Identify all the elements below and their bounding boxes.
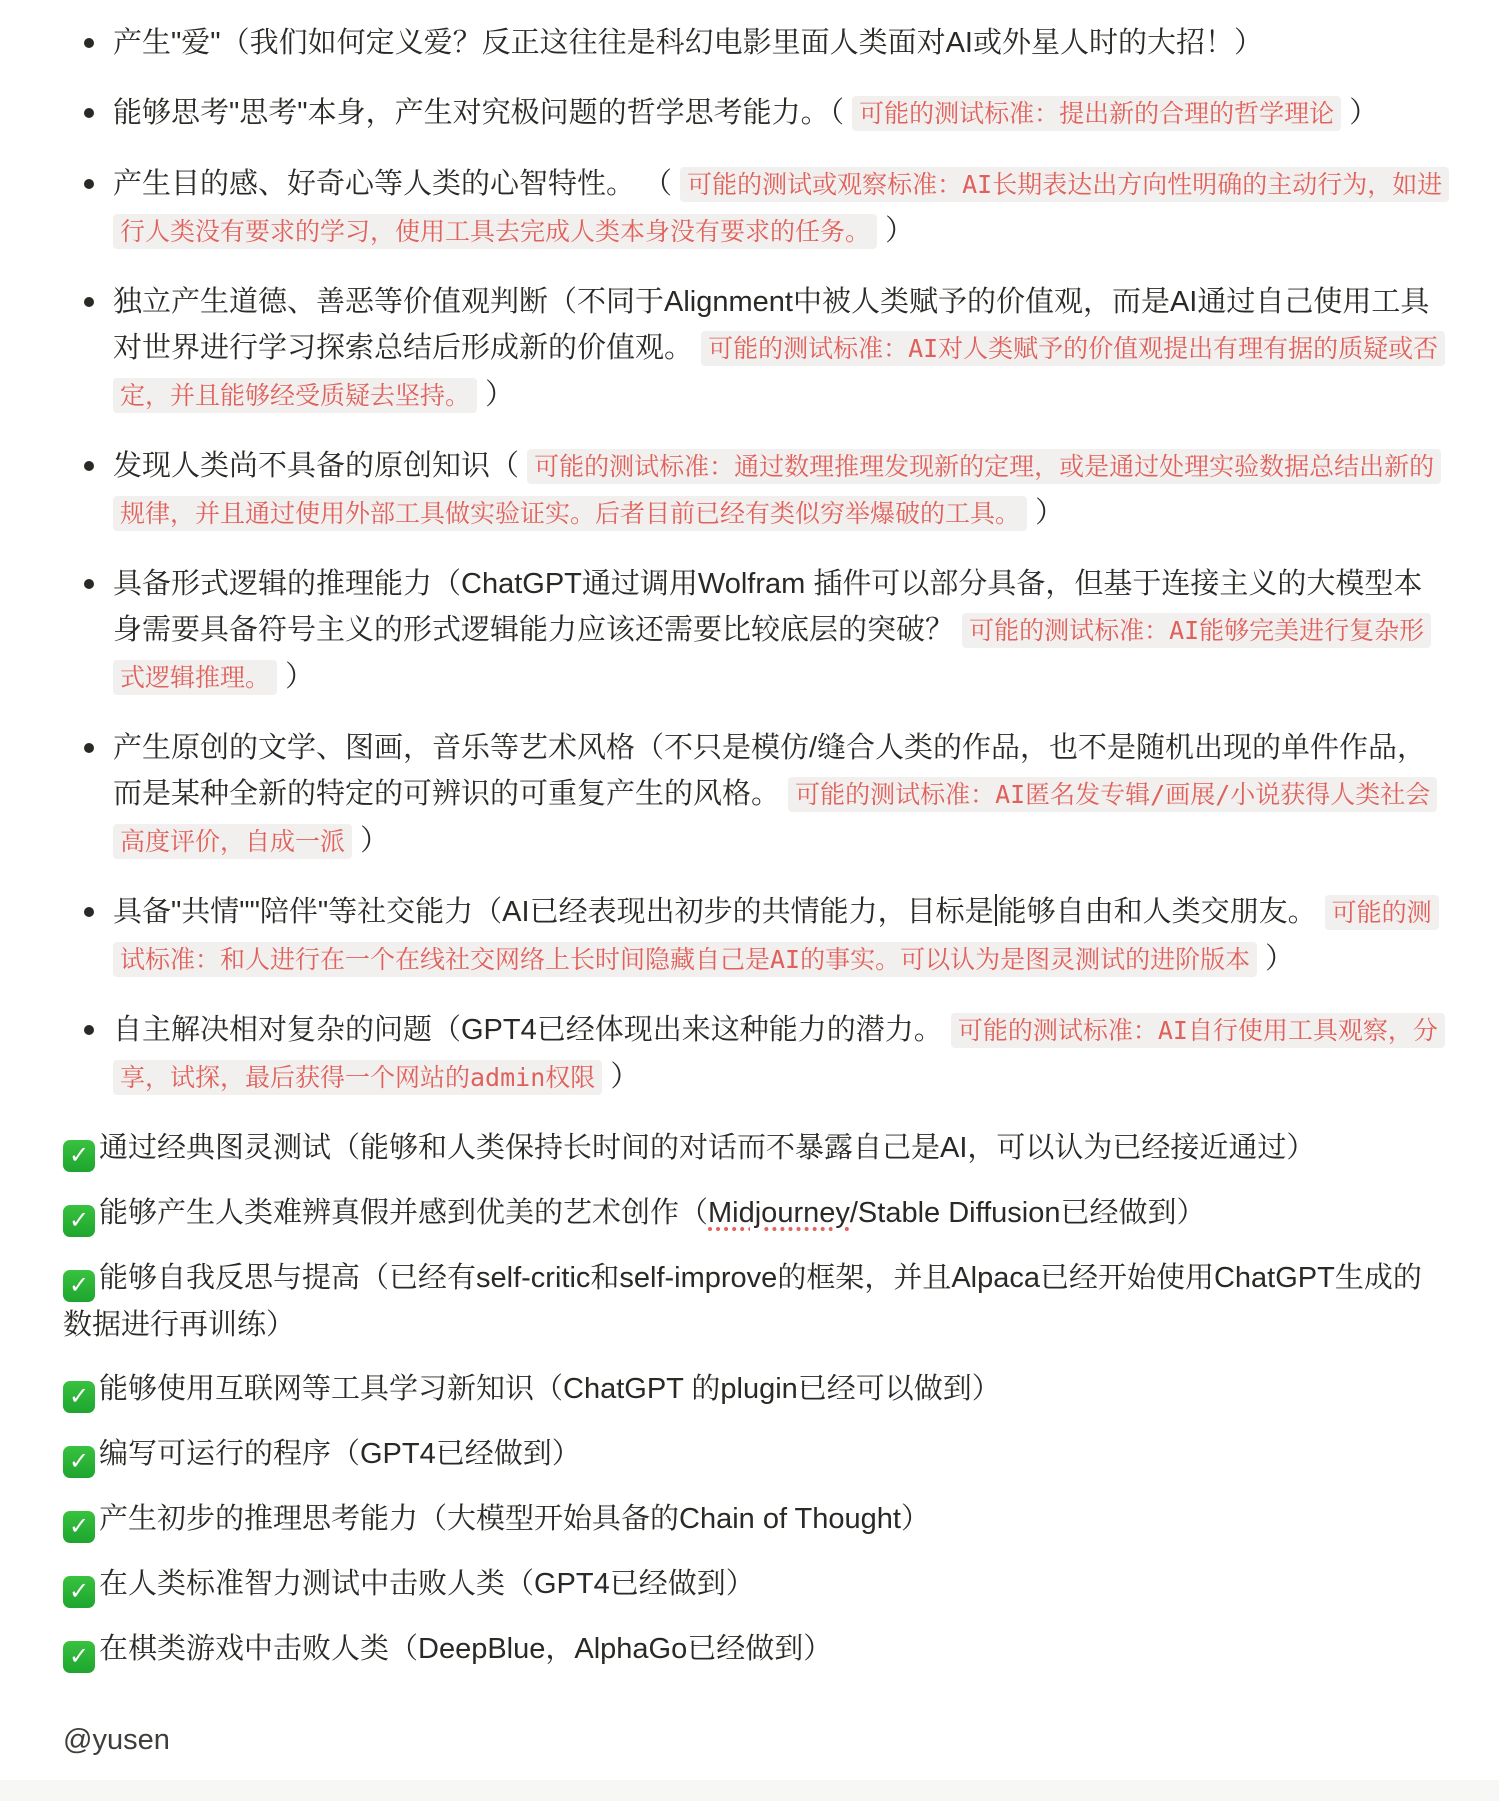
checklist-item: ✓在人类标准智力测试中击败人类（GPT4已经做到） bbox=[63, 1561, 1443, 1608]
bullet-item: 具备形式逻辑的推理能力（ChatGPT通过调用Wolfram 插件可以部分具备，… bbox=[113, 561, 1443, 701]
text-run: /Stable Diffusion已经做到） bbox=[850, 1197, 1206, 1229]
bullet-item: 自主解决相对复杂的问题（GPT4已经体现出来这种能力的潜力。 可能的测试标准：A… bbox=[113, 1007, 1443, 1101]
text-run: 在棋类游戏中击败人类（DeepBlue，AlphaGo已经做到） bbox=[99, 1633, 832, 1665]
checklist-item: ✓编写可运行的程序（GPT4已经做到） bbox=[63, 1431, 1443, 1478]
bullet-item: 具备"共情""陪伴"等社交能力（AI已经表现出初步的共情能力，目标是能够自由和人… bbox=[113, 889, 1443, 983]
checklist-item: ✓通过经典图灵测试（能够和人类保持长时间的对话而不暴露自己是AI，可以认为已经接… bbox=[63, 1125, 1443, 1172]
text-run: 能够思考"思考"本身，产生对究极问题的哲学思考能力。（ bbox=[113, 97, 852, 129]
text-run: 能够自我反思与提高（已经有self-critic和self-improve的框架… bbox=[63, 1262, 1422, 1341]
text-run: 发现人类尚不具备的原创知识（ bbox=[113, 450, 527, 482]
checklist-item: ✓产生初步的推理思考能力（大模型开始具备的Chain of Thought） bbox=[63, 1496, 1443, 1543]
text-cursor bbox=[995, 894, 997, 926]
bullet-item: 产生目的感、好奇心等人类的心智特性。 （ 可能的测试或观察标准：AI长期表达出方… bbox=[113, 161, 1443, 255]
text-run: 产生目的感、好奇心等人类的心智特性。 （ bbox=[113, 168, 680, 200]
bullet-item: 独立产生道德、善恶等价值观判断（不同于Alignment中被人类赋予的价值观，而… bbox=[113, 279, 1443, 419]
text-run: 通过经典图灵测试（能够和人类保持长时间的对话而不暴露自己是AI，可以认为已经接近… bbox=[99, 1132, 1315, 1164]
text-run: 能够自由和人类交朋友。 bbox=[998, 896, 1325, 928]
checklist-item: ✓能够产生人类难辨真假并感到优美的艺术创作（Midjourney/Stable … bbox=[63, 1190, 1443, 1237]
check-icon: ✓ bbox=[63, 1381, 95, 1413]
text-run: ） bbox=[1257, 943, 1294, 975]
page-bottom-strip bbox=[0, 1780, 1499, 1801]
text-run: ） bbox=[1341, 97, 1378, 129]
document-page: 产生"爱"（我们如何定义爱？反正这往往是科幻电影里面人类面对AI或外星人时的大招… bbox=[0, 0, 1499, 1763]
bullet-item: 发现人类尚不具备的原创知识（ 可能的测试标准：通过数理推理发现新的定理，或是通过… bbox=[113, 443, 1443, 537]
text-run: ） bbox=[352, 825, 389, 857]
bullet-item: 产生"爱"（我们如何定义爱？反正这往往是科幻电影里面人类面对AI或外星人时的大招… bbox=[113, 20, 1443, 66]
checklist-item: ✓在棋类游戏中击败人类（DeepBlue，AlphaGo已经做到） bbox=[63, 1626, 1443, 1673]
text-run: 具备"共情""陪伴"等社交能力（AI已经表现出初步的共情能力，目标是 bbox=[113, 896, 994, 928]
inline-code: 可能的测试标准：提出新的合理的哲学理论 bbox=[852, 96, 1341, 131]
text-run: 编写可运行的程序（GPT4已经做到） bbox=[99, 1438, 581, 1470]
bullet-list: 产生"爱"（我们如何定义爱？反正这往往是科幻电影里面人类面对AI或外星人时的大招… bbox=[63, 20, 1443, 1101]
text-run: 能够使用互联网等工具学习新知识（ChatGPT 的plugin已经可以做到） bbox=[99, 1373, 1001, 1405]
text-run: ） bbox=[602, 1061, 639, 1093]
text-run: ） bbox=[277, 661, 314, 693]
text-run: 能够产生人类难辨真假并感到优美的艺术创作（ bbox=[99, 1197, 708, 1229]
check-icon: ✓ bbox=[63, 1140, 95, 1172]
text-run: ） bbox=[877, 215, 914, 247]
check-icon: ✓ bbox=[63, 1446, 95, 1478]
checklist: ✓通过经典图灵测试（能够和人类保持长时间的对话而不暴露自己是AI，可以认为已经接… bbox=[63, 1125, 1443, 1673]
checklist-item: ✓能够使用互联网等工具学习新知识（ChatGPT 的plugin已经可以做到） bbox=[63, 1366, 1443, 1413]
text-run: 产生初步的推理思考能力（大模型开始具备的Chain of Thought） bbox=[99, 1503, 930, 1535]
bullet-item: 产生原创的文学、图画，音乐等艺术风格（不只是模仿/缝合人类的作品，也不是随机出现… bbox=[113, 725, 1443, 865]
misspelled-word: Midjourney bbox=[708, 1197, 850, 1229]
text-run: ） bbox=[477, 379, 514, 411]
check-icon: ✓ bbox=[63, 1270, 95, 1302]
checklist-item: ✓能够自我反思与提高（已经有self-critic和self-improve的框… bbox=[63, 1255, 1443, 1348]
check-icon: ✓ bbox=[63, 1511, 95, 1543]
user-mention[interactable]: @yusen bbox=[63, 1717, 1443, 1763]
text-run: 在人类标准智力测试中击败人类（GPT4已经做到） bbox=[99, 1568, 755, 1600]
check-icon: ✓ bbox=[63, 1205, 95, 1237]
text-run: 自主解决相对复杂的问题（GPT4已经体现出来这种能力的潜力。 bbox=[113, 1014, 951, 1046]
text-run: ） bbox=[1027, 497, 1064, 529]
check-icon: ✓ bbox=[63, 1576, 95, 1608]
bullet-item: 能够思考"思考"本身，产生对究极问题的哲学思考能力。（ 可能的测试标准：提出新的… bbox=[113, 90, 1443, 137]
text-run: 产生"爱"（我们如何定义爱？反正这往往是科幻电影里面人类面对AI或外星人时的大招… bbox=[113, 27, 1263, 59]
check-icon: ✓ bbox=[63, 1641, 95, 1673]
